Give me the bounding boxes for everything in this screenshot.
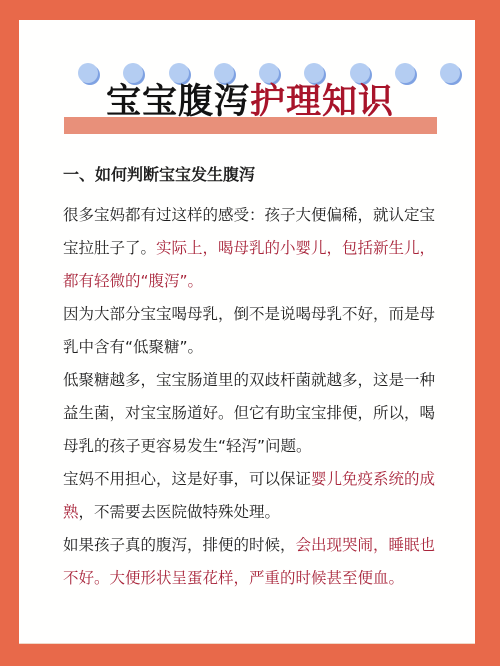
section-heading: 一、如何判断宝宝发生腹泻 xyxy=(63,160,443,190)
page-title: 宝宝腹泻护理知识 xyxy=(0,80,500,124)
text-segment: 低聚糖越多，宝宝肠道里的双歧杆菌就越多，这是一种益生菌，对宝宝肠道好。但它有助宝… xyxy=(63,371,435,455)
text-segment: 如果孩子真的腹泻，排便的时候， xyxy=(63,536,296,554)
paragraph-3: 低聚糖越多，宝宝肠道里的双歧杆菌就越多，这是一种益生菌，对宝宝肠道好。但它有助宝… xyxy=(63,364,443,463)
text-segment: 因为大部分宝宝喝母乳，倒不是说喝母乳不好，而是母乳中含有“低聚糖”。 xyxy=(63,305,435,356)
title-part-dark: 宝宝腹泻 xyxy=(106,82,250,122)
text-segment: ，不需要去医院做特殊处理。 xyxy=(79,503,281,521)
paragraph-1: 很多宝妈都有过这样的感受：孩子大便偏稀，就认定宝宝拉肚子了。实际上，喝母乳的小婴… xyxy=(63,199,443,298)
title-part-accent: 护理知识 xyxy=(250,82,394,122)
paragraph-2: 因为大部分宝宝喝母乳，倒不是说喝母乳不好，而是母乳中含有“低聚糖”。 xyxy=(63,298,443,364)
paragraph-5: 如果孩子真的腹泻，排便的时候，会出现哭闹，睡眠也不好。大便形状呈蛋花样，严重的时… xyxy=(63,529,443,595)
article-body: 一、如何判断宝宝发生腹泻 很多宝妈都有过这样的感受：孩子大便偏稀，就认定宝宝拉肚… xyxy=(63,160,443,595)
text-segment: 宝妈不用担心，这是好事，可以保证 xyxy=(63,470,311,488)
paragraph-4: 宝妈不用担心，这是好事，可以保证婴儿免疫系统的成熟，不需要去医院做特殊处理。 xyxy=(63,463,443,529)
